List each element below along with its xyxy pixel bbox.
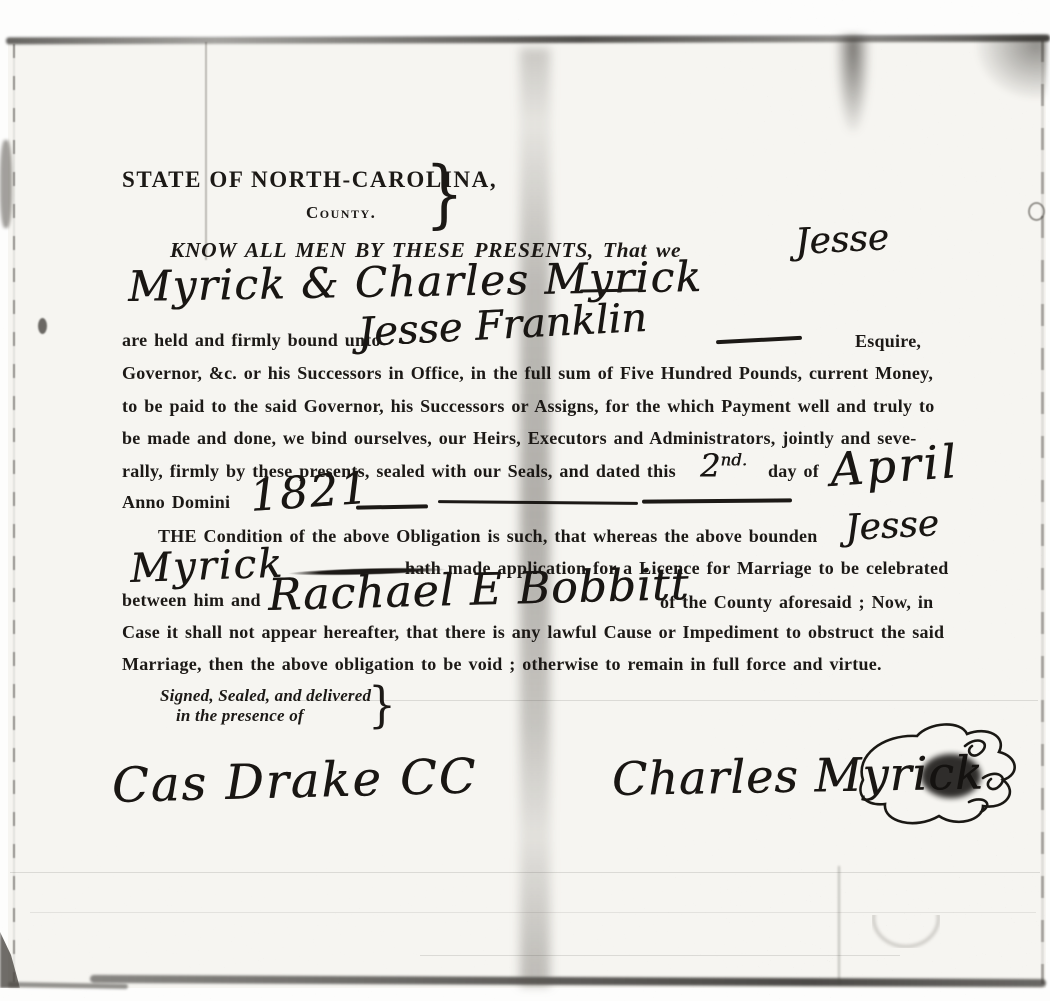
day-suffix: nd. [720, 450, 747, 469]
payment-line: to be paid to the said Governor, his Suc… [122, 396, 934, 417]
paper-right-edge [1041, 40, 1044, 984]
horizontal-crease-3 [30, 912, 1036, 913]
center-fold-crease [520, 48, 550, 986]
handwritten-day: 2nd. [700, 447, 747, 485]
county-line: County. [306, 203, 376, 223]
attestation-line-1: Signed, Sealed, and delivered [160, 686, 371, 706]
horizontal-crease-4 [420, 955, 900, 956]
aforesaid-line: of the County aforesaid ; Now, in [660, 592, 933, 613]
left-edge-stain [0, 140, 12, 228]
attestation-brace: } [368, 677, 396, 733]
horizontal-crease-2 [10, 872, 1040, 873]
top-ink-smudge [836, 36, 870, 132]
vertical-crease-bottom [838, 866, 840, 984]
esquire-label: Esquire, [855, 331, 921, 352]
governor-sum-line: Governor, &c. or his Successors in Offic… [122, 363, 933, 384]
handwritten-groom-surname: Myrick [129, 541, 285, 592]
void-line: Marriage, then the above obligation to b… [122, 654, 882, 675]
ink-blot [921, 754, 981, 798]
sealed-dated-line: rally, firmly by these presents, sealed … [122, 461, 676, 482]
top-right-corner-shadow [975, 36, 1047, 100]
horizontal-crease-1 [300, 700, 1038, 701]
handwritten-groom-first-name: Jesse [844, 503, 940, 549]
scanned-marriage-bond: STATE OF NORTH-CAROLINA, County. } KNOW … [0, 0, 1050, 1001]
day-of-label: day of [768, 461, 819, 482]
attestation-line-2: in the presence of [176, 706, 304, 726]
between-label: between him and [122, 590, 261, 611]
day-number: 2 [700, 447, 720, 485]
vertical-crease-left [205, 42, 207, 260]
small-ring-stain [1028, 202, 1045, 221]
anno-domini-label: Anno Domini [122, 492, 230, 513]
handwritten-year: 1821 [248, 463, 371, 522]
seal-flourish-icon [845, 718, 1025, 836]
paper-left-edge [13, 44, 15, 982]
handwritten-month: April [828, 434, 961, 497]
bound-unto-line: are held and firmly bound unto [122, 330, 381, 351]
impediment-line: Case it shall not appear hereafter, that… [122, 622, 944, 643]
witness-signature: Cas Drake CC [111, 748, 478, 814]
handwritten-obligor-first-name: Jesse [794, 217, 890, 263]
bind-ourselves-line: be made and done, we bind ourselves, our… [122, 428, 916, 449]
header-brace: } [425, 152, 464, 237]
ink-spot-left [38, 318, 47, 334]
